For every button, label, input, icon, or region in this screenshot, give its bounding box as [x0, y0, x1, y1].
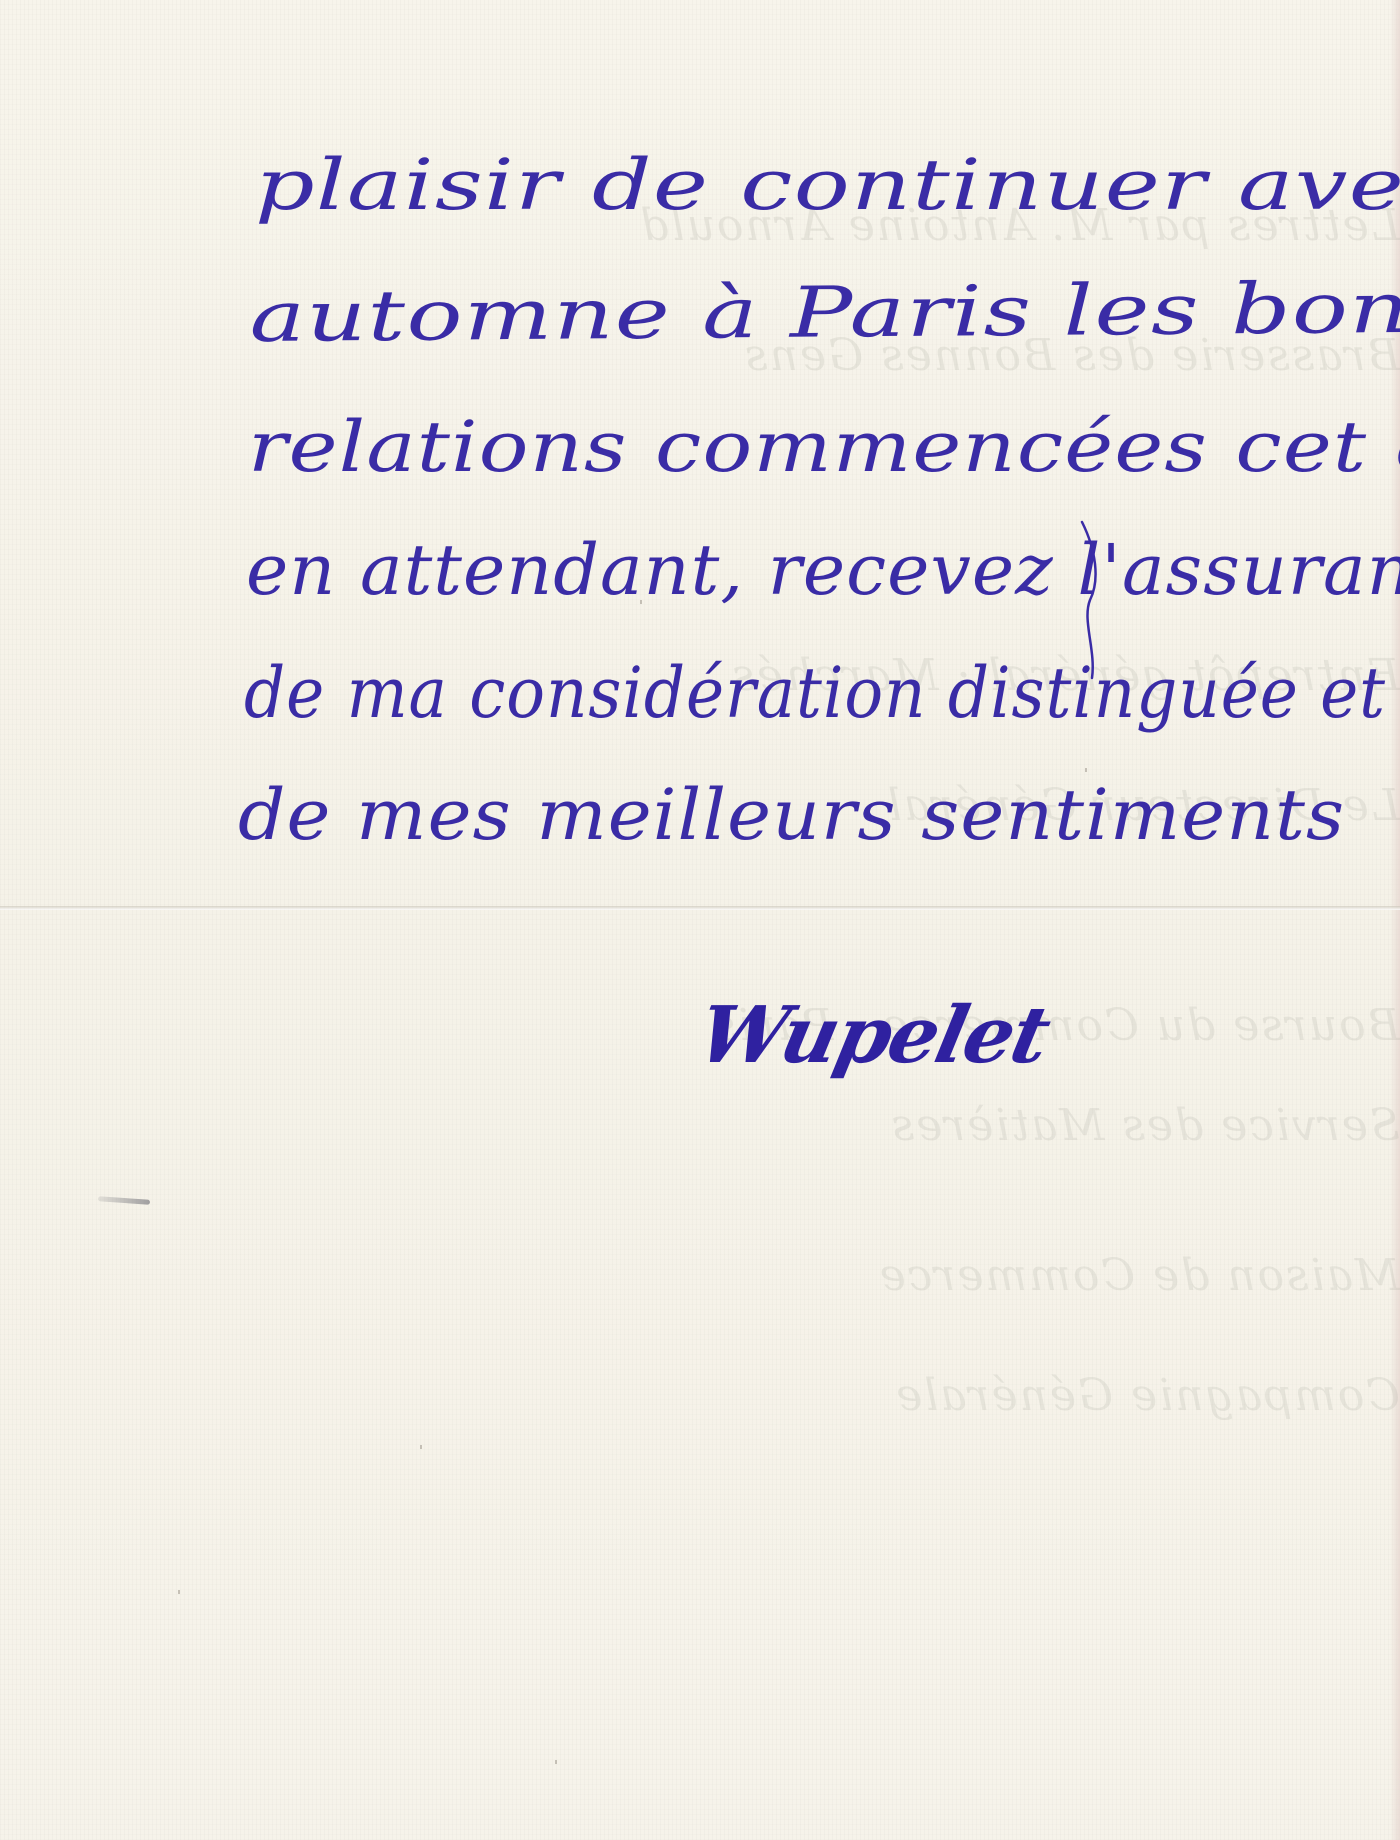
letter-line-3: relations commencées cet été, — [248, 412, 1400, 482]
letter-line-2: automne à Paris les bonnes — [249, 272, 1400, 352]
paper-fold — [0, 906, 1400, 910]
show-through-text: Maison de Commerce — [160, 1250, 1400, 1301]
letter-line-5: de ma considération distinguée et — [244, 658, 1386, 728]
show-through-text: Service des Matières — [30, 1100, 1400, 1151]
letter-line-6: de mes meilleurs sentiments — [238, 780, 1345, 850]
paper-speck — [178, 1590, 180, 1594]
signature: Wupelet — [690, 990, 1056, 1081]
paper-speck — [555, 1760, 557, 1764]
brace-stroke — [1078, 520, 1104, 680]
paper-speck — [640, 600, 642, 604]
paper-speck — [420, 1445, 422, 1449]
show-through-text: Compagnie Générale — [40, 1370, 1400, 1421]
paper-speck — [1085, 768, 1087, 772]
letter-line-4: en attendant, recevez l'assurance — [246, 535, 1400, 605]
letter-line-1: plaisir de continuer avec vous cet — [255, 150, 1400, 220]
